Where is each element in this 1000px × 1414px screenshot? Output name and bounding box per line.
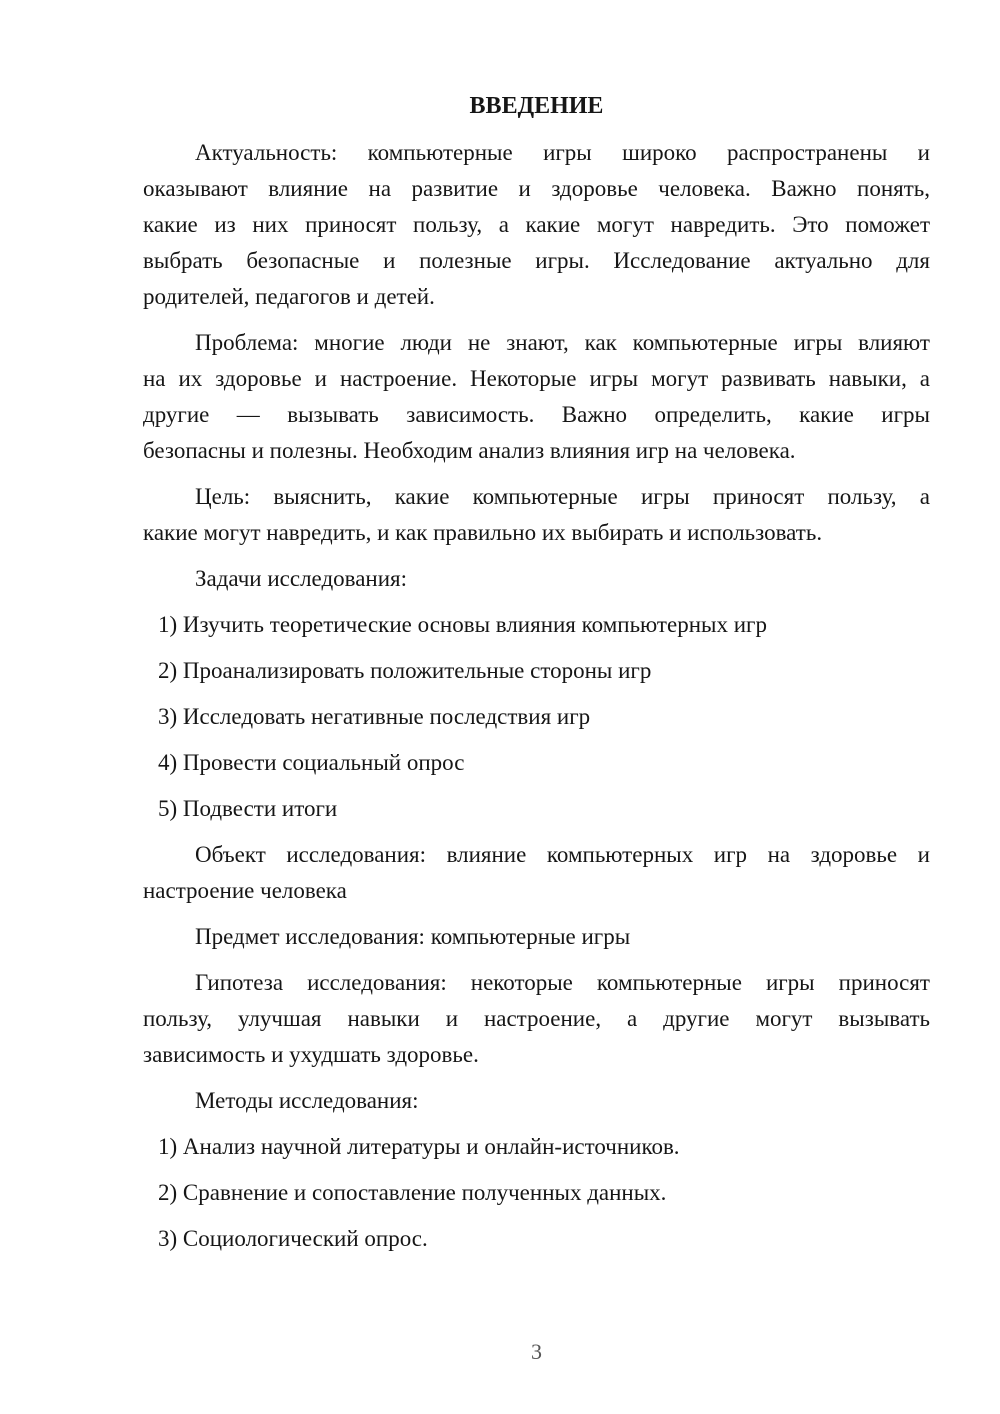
list-item-task: 4) Провести социальный опрос — [143, 745, 930, 781]
tasks-list: 1) Изучить теоретические основы влияния … — [143, 607, 930, 827]
tasks-heading: Задачи исследования: — [143, 561, 930, 597]
paragraph-hypothesis: Гипотеза исследования: некоторые компьют… — [143, 965, 930, 1073]
text-line: оказывают влияние на развитие и здоровье… — [143, 171, 930, 207]
page-title: ВВЕДЕНИЕ — [143, 88, 930, 124]
text-line: другие — вызывать зависимость. Важно опр… — [143, 397, 930, 433]
list-item-task: 2) Проанализировать положительные сторон… — [143, 653, 930, 689]
text-line: безопасны и полезны. Необходим анализ вл… — [143, 433, 930, 469]
list-item-method: 2) Сравнение и сопоставление полученных … — [143, 1175, 930, 1211]
text-line: какие могут навредить, и как правильно и… — [143, 515, 930, 551]
text-line: зависимость и ухудшать здоровье. — [143, 1037, 930, 1073]
text-line: на их здоровье и настроение. Некоторые и… — [143, 361, 930, 397]
list-item-method: 3) Социологический опрос. — [143, 1221, 930, 1257]
text-line: Гипотеза исследования: некоторые компьют… — [143, 965, 930, 1001]
list-item-task: 3) Исследовать негативные последствия иг… — [143, 699, 930, 735]
text-line: настроение человека — [143, 873, 930, 909]
text-line: пользу, улучшая навыки и настроение, а д… — [143, 1001, 930, 1037]
list-item-task: 5) Подвести итоги — [143, 791, 930, 827]
methods-heading: Методы исследования: — [143, 1083, 930, 1119]
methods-list: 1) Анализ научной литературы и онлайн-ис… — [143, 1129, 930, 1257]
text-line: Актуальность: компьютерные игры широко р… — [143, 135, 930, 171]
paragraph-subject: Предмет исследования: компьютерные игры — [143, 919, 930, 955]
text-line: выбрать безопасные и полезные игры. Иссл… — [143, 243, 930, 279]
text-line: родителей, педагогов и детей. — [143, 279, 930, 315]
list-item-task: 1) Изучить теоретические основы влияния … — [143, 607, 930, 643]
text-line: какие из них приносят пользу, а какие мо… — [143, 207, 930, 243]
text-line: Предмет исследования: компьютерные игры — [143, 919, 930, 955]
paragraph-goal: Цель: выяснить, какие компьютерные игры … — [143, 479, 930, 551]
paragraph-object: Объект исследования: влияние компьютерны… — [143, 837, 930, 909]
paragraph-relevance: Актуальность: компьютерные игры широко р… — [143, 135, 930, 315]
text-line: Цель: выяснить, какие компьютерные игры … — [143, 479, 930, 515]
text-line: Объект исследования: влияние компьютерны… — [143, 837, 930, 873]
document-page: ВВЕДЕНИЕ Актуальность: компьютерные игры… — [0, 0, 1000, 1414]
paragraph-problem: Проблема: многие люди не знают, как комп… — [143, 325, 930, 469]
page-number: 3 — [143, 1334, 930, 1370]
text-line: Проблема: многие люди не знают, как комп… — [143, 325, 930, 361]
list-item-method: 1) Анализ научной литературы и онлайн-ис… — [143, 1129, 930, 1165]
